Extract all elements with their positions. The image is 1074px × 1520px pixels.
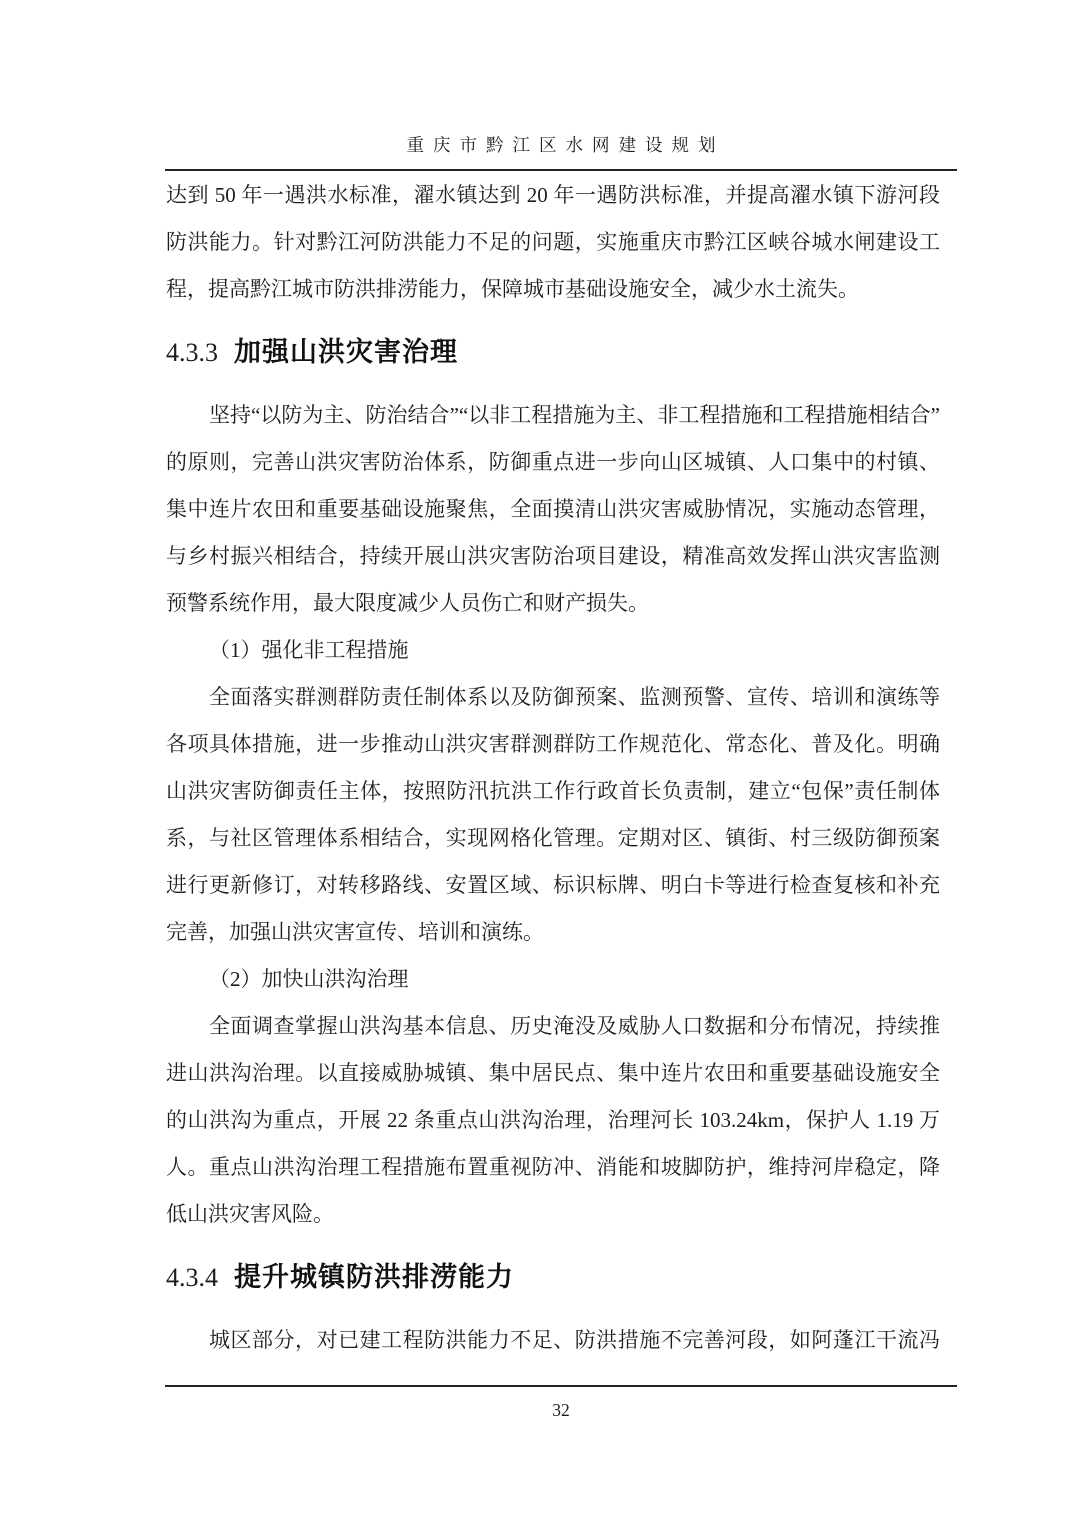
heading-number: 4.3.4 (166, 1263, 218, 1292)
body-line: 城区部分，对已建工程防洪能力不足、防洪措施不完善河段，如阿蓬江干流冯 (166, 1317, 940, 1364)
subheading-2: （2）加快山洪沟治理 (166, 956, 940, 1003)
heading-title: 提升城镇防洪排涝能力 (234, 1262, 514, 1292)
body-line: 全面调查掌握山洪沟基本信息、历史淹没及威胁人口数据和分布情况，持续推 (166, 1003, 940, 1050)
paragraph: 全面落实群测群防责任制体系以及防御预案、监测预警、宣传、培训和演练等 各项具体措… (166, 674, 940, 956)
heading-4-3-4: 4.3.4提升城镇防洪排涝能力 (166, 1254, 940, 1301)
body-line: 坚持“以防为主、防治结合”“以非工程措施为主、非工程措施和工程措施相结合” (166, 392, 940, 439)
paragraph: 全面调查掌握山洪沟基本信息、历史淹没及威胁人口数据和分布情况，持续推 进山洪沟治… (166, 1003, 940, 1238)
body-line: 达到 50 年一遇洪水标准，濯水镇达到 20 年一遇防洪标准，并提高濯水镇下游河… (166, 172, 940, 219)
body-line: 山洪灾害防御责任主体，按照防汛抗洪工作行政首长负责制，建立“包保”责任制体 (166, 768, 940, 815)
body-line: 预警系统作用，最大限度减少人员伤亡和财产损失。 (166, 580, 940, 627)
body-line: 人。重点山洪沟治理工程措施布置重视防冲、消能和坡脚防护，维持河岸稳定，降 (166, 1144, 940, 1191)
body-line: 集中连片农田和重要基础设施聚焦，全面摸清山洪灾害威胁情况，实施动态管理， (166, 486, 940, 533)
footer-rule (165, 1385, 957, 1387)
body-line: 各项具体措施，进一步推动山洪灾害群测群防工作规范化、常态化、普及化。明确 (166, 721, 940, 768)
header-rule (165, 169, 957, 171)
heading-title: 加强山洪灾害治理 (234, 337, 458, 367)
body-line: 进山洪沟治理。以直接威胁城镇、集中居民点、集中连片农田和重要基础设施安全 (166, 1050, 940, 1097)
body-line: 的山洪沟为重点，开展 22 条重点山洪沟治理，治理河长 103.24km，保护人… (166, 1097, 940, 1144)
page-header-title: 重庆市黔江区水网建设规划 (165, 133, 957, 157)
paragraph: 达到 50 年一遇洪水标准，濯水镇达到 20 年一遇防洪标准，并提高濯水镇下游河… (166, 172, 940, 313)
subheading-1: （1）强化非工程措施 (166, 627, 940, 674)
page-number: 32 (165, 1398, 957, 1422)
body-line: 的原则，完善山洪灾害防治体系，防御重点进一步向山区城镇、人口集中的村镇、 (166, 439, 940, 486)
body-line: 低山洪灾害风险。 (166, 1191, 940, 1238)
body-line: 进行更新修订，对转移路线、安置区域、标识标牌、明白卡等进行检查复核和补充 (166, 862, 940, 909)
body-line: 防洪能力。针对黔江河防洪能力不足的问题，实施重庆市黔江区峡谷城水闸建设工 (166, 219, 940, 266)
paragraph: 坚持“以防为主、防治结合”“以非工程措施为主、非工程措施和工程措施相结合” 的原… (166, 392, 940, 627)
document-body: 达到 50 年一遇洪水标准，濯水镇达到 20 年一遇防洪标准，并提高濯水镇下游河… (166, 172, 940, 1364)
paragraph: 城区部分，对已建工程防洪能力不足、防洪措施不完善河段，如阿蓬江干流冯 (166, 1317, 940, 1364)
body-line: 程，提高黔江城市防洪排涝能力，保障城市基础设施安全，减少水土流失。 (166, 266, 940, 313)
document-page: 重庆市黔江区水网建设规划 达到 50 年一遇洪水标准，濯水镇达到 20 年一遇防… (0, 0, 1074, 1520)
body-line: 系，与社区管理体系相结合，实现网格化管理。定期对区、镇街、村三级防御预案 (166, 815, 940, 862)
body-line: 完善，加强山洪灾害宣传、培训和演练。 (166, 909, 940, 956)
heading-4-3-3: 4.3.3加强山洪灾害治理 (166, 329, 940, 376)
body-line: 与乡村振兴相结合，持续开展山洪灾害防治项目建设，精准高效发挥山洪灾害监测 (166, 533, 940, 580)
heading-number: 4.3.3 (166, 338, 218, 367)
body-line: 全面落实群测群防责任制体系以及防御预案、监测预警、宣传、培训和演练等 (166, 674, 940, 721)
